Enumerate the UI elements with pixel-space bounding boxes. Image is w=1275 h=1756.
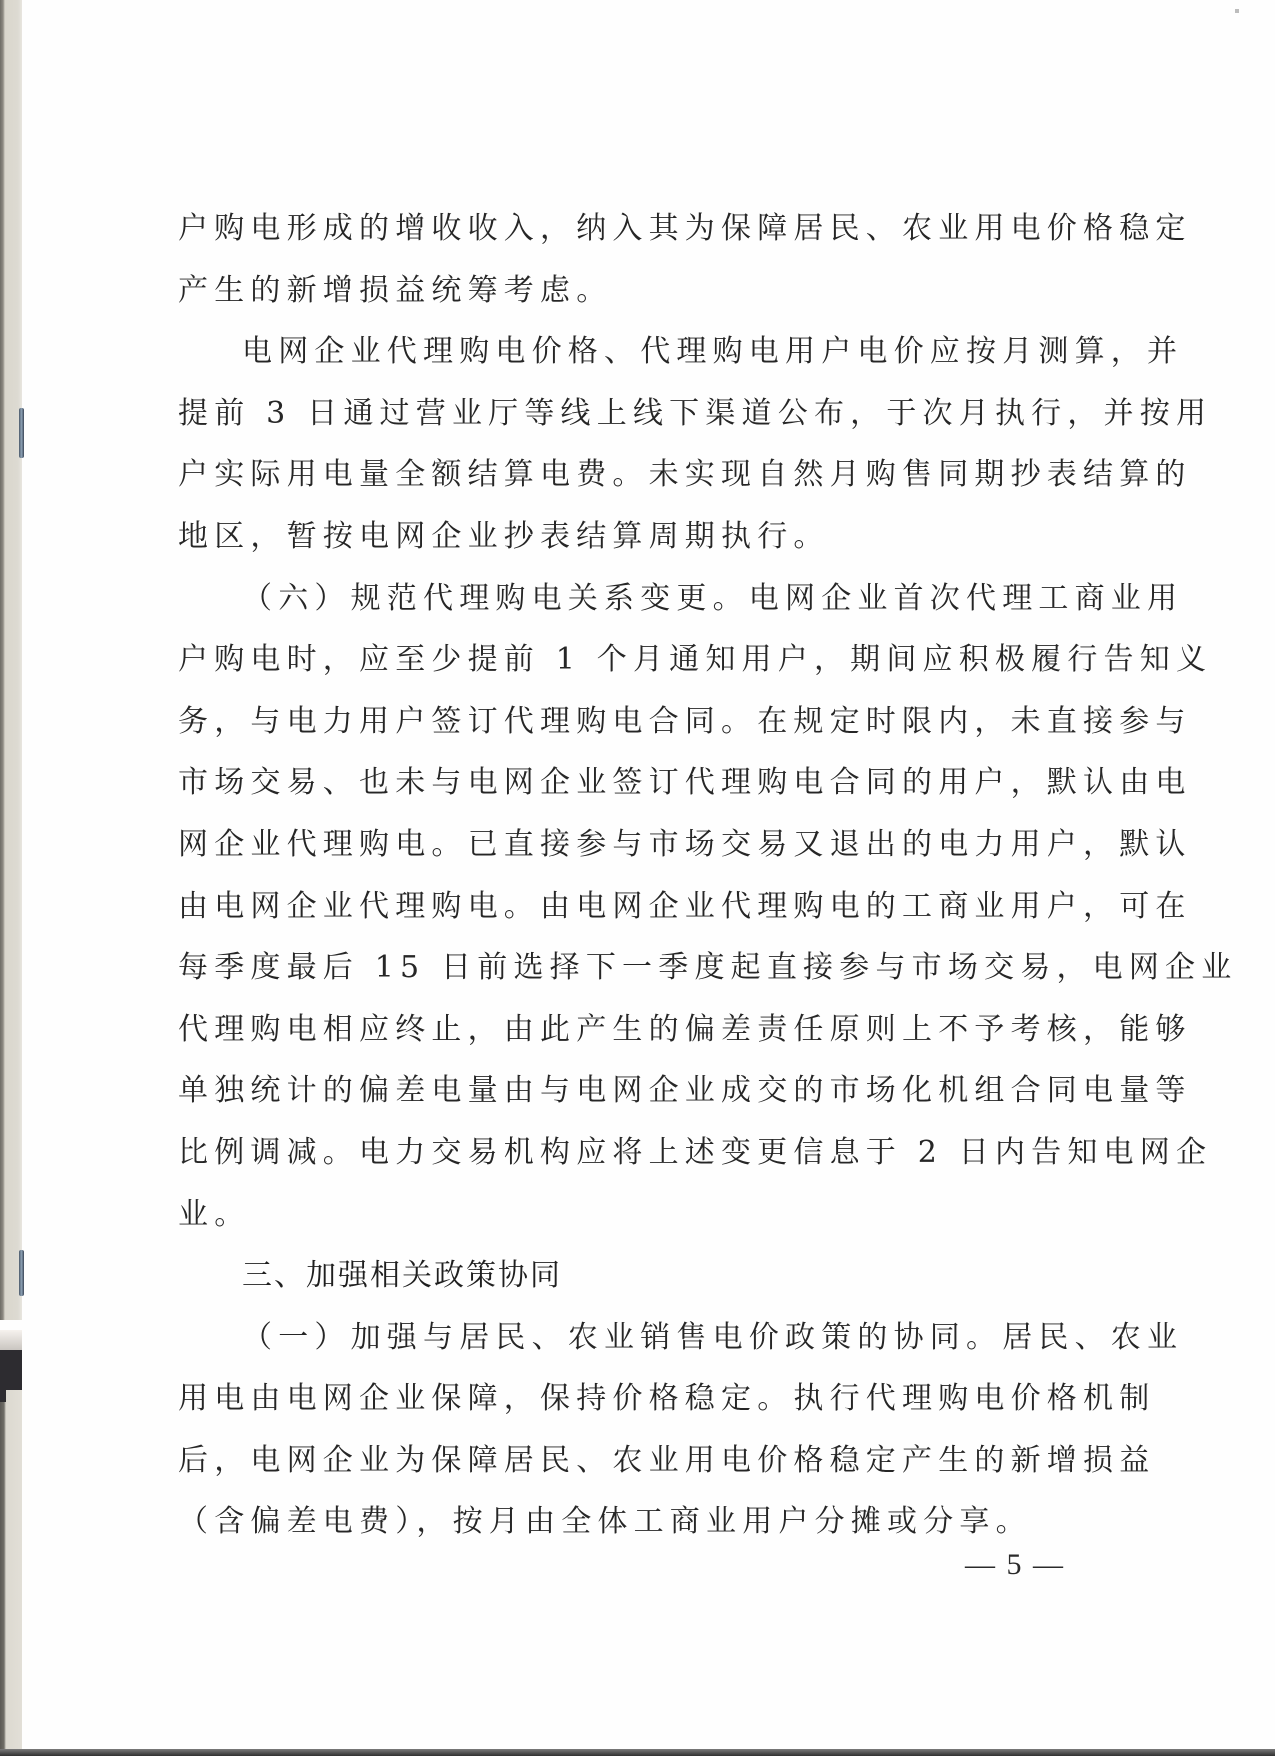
section-six-line: （六）规范代理购电关系变更。电网企业首次代理工商业用 <box>178 568 1083 630</box>
scan-edge-notch <box>0 1390 6 1402</box>
paragraph-line: 后，电网企业为保障居民、农业用电价格稳定产生的新增损益 <box>178 1430 1083 1492</box>
paragraph-line: 户实际用电量全额结算电费。未实现自然月购售同期抄表结算的 <box>178 444 1083 506</box>
paragraph-line: 地区，暂按电网企业抄表结算周期执行。 <box>178 506 1083 568</box>
paragraph-line: 务，与电力用户签订代理购电合同。在规定时限内，未直接参与 <box>178 691 1083 753</box>
paragraph-line: 单独统计的偏差电量由与电网企业成交的市场化机组合同电量等 <box>178 1060 1083 1122</box>
paragraph-line: 市场交易、也未与电网企业签订代理购电合同的用户，默认由电 <box>178 752 1083 814</box>
scan-speck <box>1235 9 1239 13</box>
paragraph-line: 由电网企业代理购电。由电网企业代理购电的工商业用户，可在 <box>178 876 1083 938</box>
paragraph-line: 户购电时，应至少提前 1 个月通知用户，期间应积极履行告知义 <box>178 629 1083 691</box>
paragraph-line: 产生的新增损益统筹考虑。 <box>178 260 1083 322</box>
scan-binding-edge <box>0 0 22 1320</box>
paragraph-line: （含偏差电费），按月由全体工商业用户分摊或分享。 <box>178 1491 1083 1553</box>
scanned-page: 户购电形成的增收收入，纳入其为保障居民、农业用电价格稳定 产生的新增损益统筹考虑… <box>0 0 1275 1756</box>
paragraph-line: 网企业代理购电。已直接参与市场交易又退出的电力用户，默认 <box>178 814 1083 876</box>
paragraph-line: 提前 3 日通过营业厅等线上线下渠道公布，于次月执行，并按用 <box>178 383 1083 445</box>
paragraph-line: 户购电形成的增收收入，纳入其为保障居民、农业用电价格稳定 <box>178 198 1083 260</box>
paragraph-line: 用电由电网企业保障，保持价格稳定。执行代理购电价格机制 <box>178 1368 1083 1430</box>
paragraph-line: 业。 <box>178 1184 1083 1246</box>
section-heading: 三、加强相关政策协同 <box>178 1245 1083 1307</box>
scan-bottom-edge <box>0 1749 1275 1756</box>
document-body: 户购电形成的增收收入，纳入其为保障居民、农业用电价格稳定 产生的新增损益统筹考虑… <box>178 198 1083 1553</box>
paragraph-line: 每季度最后 15 日前选择下一季度起直接参与市场交易，电网企业 <box>178 937 1083 999</box>
section-one-line: （一）加强与居民、农业销售电价政策的协同。居民、农业 <box>178 1307 1083 1369</box>
scan-edge-shadow <box>0 1350 22 1390</box>
scan-binding-edge-lower <box>0 1390 22 1756</box>
paragraph-line: 代理购电相应终止，由此产生的偏差责任原则上不予考核，能够 <box>178 999 1083 1061</box>
paragraph-line: 比例调减。电力交易机构应将上述变更信息于 2 日内告知电网企 <box>178 1122 1083 1184</box>
staple-icon <box>19 1250 24 1296</box>
paragraph-line: 电网企业代理购电价格、代理购电用户电价应按月测算，并 <box>178 321 1083 383</box>
scan-edge-gap <box>0 1330 22 1350</box>
page-number: — 5 — <box>965 1548 1065 1582</box>
staple-icon <box>19 408 24 458</box>
